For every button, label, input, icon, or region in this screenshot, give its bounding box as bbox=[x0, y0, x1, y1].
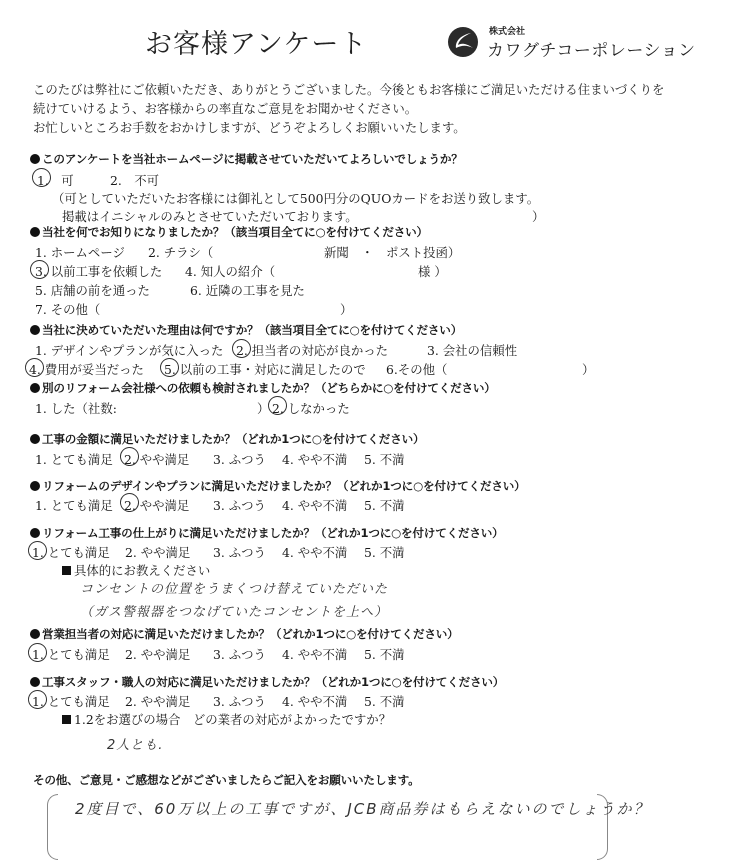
option-finish-4[interactable]: 4. やや不満 bbox=[282, 543, 347, 561]
question-price-heading: 工事の金額に満足いただけましたか？（どれか1つに○を付けてください） bbox=[30, 431, 424, 447]
question-reason-heading: 当社に決めていただいた理由は何ですか？（該当項目全てに○を付けてください） bbox=[30, 322, 462, 338]
option-publish-yes[interactable]: 1. 可 bbox=[37, 171, 74, 189]
option-compare-no[interactable]: 2. しなかった bbox=[272, 399, 350, 417]
option-staff-2[interactable]: 2. やや満足 bbox=[125, 692, 190, 710]
company-logo-icon bbox=[447, 26, 479, 58]
intro-text: このたびは弊社にご依頼いただき、ありがとうございました。今後ともお客様にご満足い… bbox=[33, 80, 664, 137]
option-source-store[interactable]: 5. 店舗の前を通った bbox=[35, 281, 150, 299]
comments-answer[interactable]: 2度目で、60万以上の工事ですが、JCB商品券はもらえないのでしょうか？ bbox=[75, 798, 651, 819]
publish-note-1: （可としていただいたお客様には御礼として500円分のQUOカードをお送り致します… bbox=[52, 189, 539, 207]
publish-note-2: 掲載はイニシャルのみとさせていただいております。 bbox=[62, 207, 358, 225]
question-compare-heading: 別のリフォーム会社様への依頼も検討されましたか？（どちらかに○を付けてください） bbox=[30, 380, 496, 396]
option-sales-5[interactable]: 5. 不満 bbox=[364, 645, 405, 663]
option-reason-trust[interactable]: 3. 会社の信頼性 bbox=[427, 341, 517, 359]
staff-detail-answer: 2人とも. bbox=[107, 734, 163, 753]
option-compare-yes[interactable]: 1. した（社数: bbox=[35, 399, 117, 417]
option-sales-2[interactable]: 2. やや満足 bbox=[125, 645, 190, 663]
option-design-4[interactable]: 4. やや不満 bbox=[282, 496, 347, 514]
option-design-3[interactable]: 3. ふつう bbox=[213, 496, 266, 514]
option-sales-3[interactable]: 3. ふつう bbox=[213, 645, 266, 663]
reason-other-close: ） bbox=[582, 360, 594, 378]
option-design-5[interactable]: 5. 不満 bbox=[364, 496, 405, 514]
bullet-icon bbox=[30, 227, 40, 237]
question-finish-heading: リフォーム工事の仕上がりに満足いただけましたか？（どれか1つに○を付けてください… bbox=[30, 525, 504, 541]
finish-detail-label: 具体的にお教えください bbox=[62, 561, 210, 579]
company-name: カワグチコーポレーション bbox=[487, 36, 696, 61]
option-price-5[interactable]: 5. 不満 bbox=[364, 450, 405, 468]
company-logo: 株式会社 カワグチコーポレーション bbox=[447, 24, 687, 64]
bullet-icon bbox=[30, 629, 40, 639]
intro-line: お忙しいところお手数をおかけしますが、どうぞよろしくお願いいたします。 bbox=[33, 118, 664, 137]
option-price-3[interactable]: 3. ふつう bbox=[213, 450, 266, 468]
finish-detail-answer-1: コンセントの位置をうまくつけ替えていただいた bbox=[80, 578, 388, 597]
option-source-other[interactable]: 7. その他（ bbox=[35, 300, 100, 318]
option-reason-cost[interactable]: 4. 費用が妥当だった bbox=[29, 360, 144, 378]
option-reason-design[interactable]: 1. デザインやプランが気に入った bbox=[35, 341, 223, 359]
bullet-icon bbox=[30, 528, 40, 538]
staff-detail-label: 1.2をお選びの場合 どの業者の対応がよかったですか？ bbox=[62, 710, 391, 728]
option-reason-staff[interactable]: 2. 担当者の対応が良かった bbox=[236, 341, 388, 359]
referral-suffix: 様 ） bbox=[418, 262, 447, 280]
intro-line: このたびは弊社にご依頼いただき、ありがとうございました。今後ともお客様にご満足い… bbox=[33, 80, 664, 99]
finish-detail-answer-2: （ガス警報器をつなげていたコンセントを上へ） bbox=[80, 601, 388, 620]
intro-line: 続けていけるよう、お客様からの率直なご意見をお聞かせください。 bbox=[33, 99, 664, 118]
bullet-icon bbox=[30, 677, 40, 687]
option-reason-previous[interactable]: 5. 以前の工事・対応に満足したので bbox=[164, 360, 366, 378]
page-title: お客様アンケート bbox=[145, 22, 367, 61]
option-finish-3[interactable]: 3. ふつう bbox=[213, 543, 266, 561]
question-sales-heading: 営業担当者の対応に満足いただけましたか？（どれか1つに○を付けてください） bbox=[30, 626, 459, 642]
option-price-2[interactable]: 2. やや満足 bbox=[124, 450, 189, 468]
question-publish-heading: このアンケートを当社ホームページに掲載させていただいてよろしいでしょうか？ bbox=[30, 151, 463, 167]
option-source-flyer[interactable]: 2. チラシ（ bbox=[148, 243, 213, 261]
comment-box-left-bracket bbox=[47, 794, 58, 860]
bullet-icon bbox=[30, 434, 40, 444]
option-publish-no[interactable]: 2. 不可 bbox=[110, 171, 159, 189]
question-staff-heading: 工事スタッフ・職人の対応に満足いただけましたか？（どれか1つに○を付けてください… bbox=[30, 674, 504, 690]
option-price-1[interactable]: 1. とても満足 bbox=[35, 450, 113, 468]
option-finish-5[interactable]: 5. 不満 bbox=[364, 543, 405, 561]
option-source-referral[interactable]: 4. 知人の紹介（ bbox=[185, 262, 275, 280]
option-price-4[interactable]: 4. やや不満 bbox=[282, 450, 347, 468]
option-staff-1[interactable]: 1. とても満足 bbox=[32, 692, 110, 710]
other-close: ） bbox=[340, 300, 352, 318]
question-source-heading: 当社を何でお知りになりましたか？（該当項目全てに○を付けてください） bbox=[30, 224, 428, 240]
option-finish-1[interactable]: 1. とても満足 bbox=[32, 543, 110, 561]
comments-heading: その他、ご意見・ご感想などがございましたらご記入をお願いいたします。 bbox=[33, 772, 419, 788]
option-finish-2[interactable]: 2. やや満足 bbox=[125, 543, 190, 561]
option-staff-4[interactable]: 4. やや不満 bbox=[282, 692, 347, 710]
question-design-heading: リフォームのデザインやプランに満足いただけましたか？（どれか1つに○を付けてくだ… bbox=[30, 478, 526, 494]
option-design-1[interactable]: 1. とても満足 bbox=[35, 496, 113, 514]
flyer-types: 新聞 ・ ポスト投函） bbox=[324, 243, 460, 261]
square-bullet-icon bbox=[62, 566, 71, 575]
bullet-icon bbox=[30, 325, 40, 335]
option-source-previous-work[interactable]: 3. 以前工事を依頼した bbox=[35, 262, 162, 280]
option-sales-1[interactable]: 1. とても満足 bbox=[32, 645, 110, 663]
bullet-icon bbox=[30, 154, 40, 164]
option-design-2[interactable]: 2. やや満足 bbox=[124, 496, 189, 514]
option-staff-3[interactable]: 3. ふつう bbox=[213, 692, 266, 710]
publish-note-close: ） bbox=[532, 207, 544, 225]
option-source-homepage[interactable]: 1. ホームページ bbox=[35, 243, 125, 261]
square-bullet-icon bbox=[62, 715, 71, 724]
option-staff-5[interactable]: 5. 不満 bbox=[364, 692, 405, 710]
bullet-icon bbox=[30, 481, 40, 491]
bullet-icon bbox=[30, 383, 40, 393]
option-source-nearby-work[interactable]: 6. 近隣の工事を見た bbox=[190, 281, 305, 299]
option-reason-other[interactable]: 6.その他（ bbox=[386, 360, 447, 378]
option-sales-4[interactable]: 4. やや不満 bbox=[282, 645, 347, 663]
